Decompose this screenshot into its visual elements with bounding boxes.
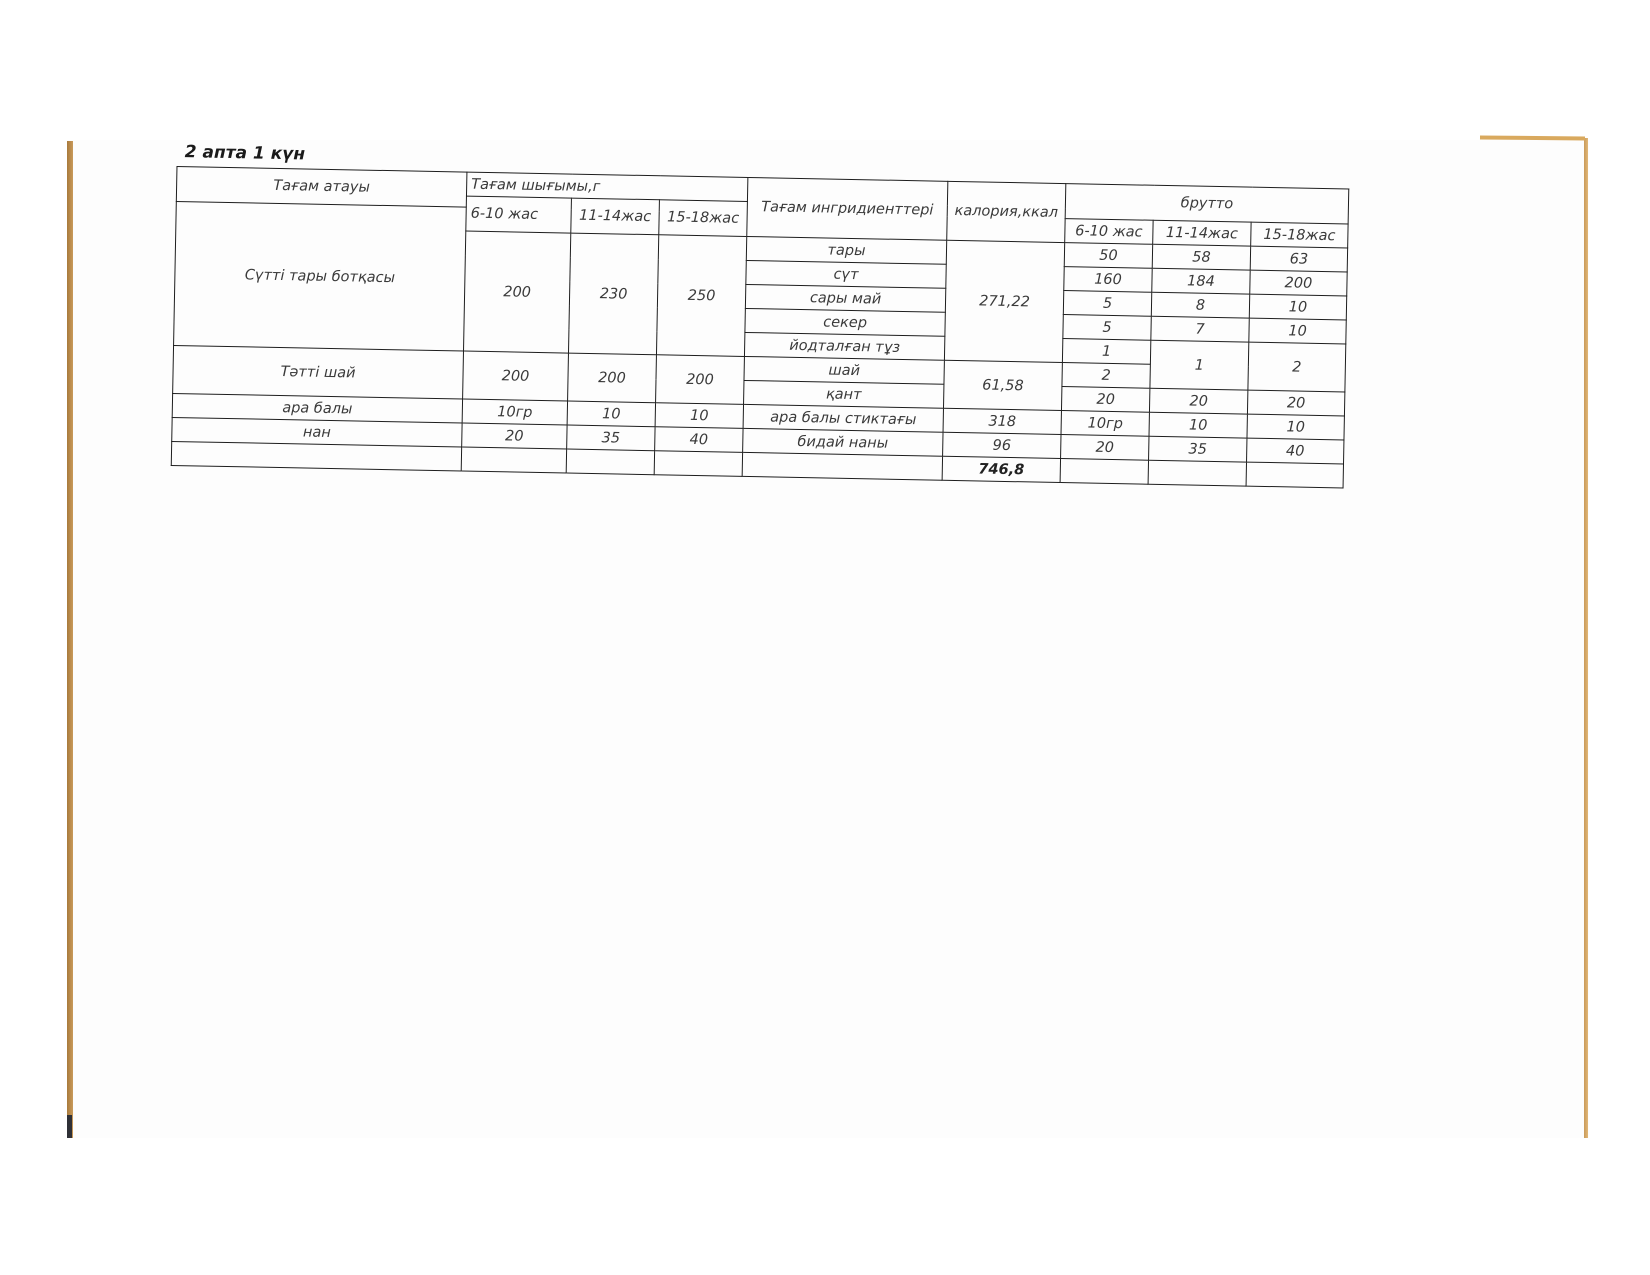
dish-output: 10гр xyxy=(462,399,567,425)
dish-output: 35 xyxy=(567,425,655,451)
dish-name: Сүтті тары ботқасы xyxy=(174,201,467,351)
brutto-value: 10 xyxy=(1247,414,1344,440)
brutto-value: 7 xyxy=(1151,316,1249,342)
empty-cell xyxy=(461,447,566,473)
brutto-value: 1 xyxy=(1062,339,1150,365)
calories-value: 271,22 xyxy=(944,240,1064,362)
dish-output: 200 xyxy=(463,351,569,401)
brutto-value: 10 xyxy=(1249,318,1346,344)
header-brutto: брутто xyxy=(1065,184,1349,224)
brutto-value: 160 xyxy=(1064,267,1152,293)
dish-output: 20 xyxy=(462,423,567,449)
brutto-age-6-10: 6-10 жас xyxy=(1065,219,1153,245)
brutto-value: 200 xyxy=(1250,270,1347,296)
empty-cell xyxy=(1148,460,1246,486)
dish-output: 40 xyxy=(655,427,743,453)
brutto-value: 20 xyxy=(1061,435,1149,461)
calories-value: 96 xyxy=(943,432,1061,458)
brutto-value: 10 xyxy=(1249,294,1346,320)
dish-output: 10 xyxy=(655,403,743,429)
page-title: 2 апта 1 күн xyxy=(185,142,306,164)
calories-value: 318 xyxy=(943,408,1061,434)
brutto-value: 5 xyxy=(1063,315,1151,341)
brutto-value: 63 xyxy=(1250,246,1347,272)
page-edge-right xyxy=(1584,138,1588,1138)
menu-document: 2 апта 1 күн Тағам атауы Тағам шығымы,г … xyxy=(169,140,1427,584)
brutto-value: 2 xyxy=(1248,342,1346,392)
dish-output: 250 xyxy=(656,235,746,357)
brutto-value: 5 xyxy=(1063,291,1151,317)
header-age-6-10: 6-10 жас xyxy=(466,196,572,233)
brutto-value: 2 xyxy=(1062,363,1150,389)
brutto-value: 8 xyxy=(1151,292,1249,318)
calories-value: 61,58 xyxy=(943,360,1062,410)
dish-name: Тәтті шай xyxy=(173,345,464,399)
brutto-value: 20 xyxy=(1149,388,1247,414)
empty-cell xyxy=(1246,462,1343,488)
brutto-value: 10гр xyxy=(1061,411,1149,437)
header-age-15-18: 15-18жас xyxy=(659,200,748,237)
dish-output: 10 xyxy=(567,401,655,427)
brutto-value: 35 xyxy=(1149,436,1247,462)
dish-output: 200 xyxy=(656,355,745,405)
brutto-age-15-18: 15-18жас xyxy=(1251,222,1348,248)
brutto-value: 10 xyxy=(1149,412,1247,438)
brutto-value: 184 xyxy=(1152,268,1250,294)
calories-total: 746,8 xyxy=(942,456,1060,482)
brutto-value: 20 xyxy=(1061,387,1149,413)
empty-cell xyxy=(1060,459,1148,485)
page-edge-shadow xyxy=(67,1115,72,1138)
dish-output: 230 xyxy=(568,233,658,355)
header-dish-name: Тағам атауы xyxy=(176,167,467,208)
brutto-value: 40 xyxy=(1247,438,1344,464)
dish-output: 200 xyxy=(568,353,657,403)
header-ingredients: Тағам ингридиенттері xyxy=(747,177,948,240)
menu-table: Тағам атауы Тағам шығымы,г Тағам ингриди… xyxy=(171,166,1350,488)
brutto-age-11-14: 11-14жас xyxy=(1153,220,1251,246)
empty-cell xyxy=(566,449,654,475)
empty-cell xyxy=(171,441,461,471)
brutto-value: 20 xyxy=(1247,390,1344,416)
header-calories: калория,ккал xyxy=(947,181,1066,242)
page-edge-left xyxy=(67,141,73,1138)
brutto-value: 58 xyxy=(1152,244,1250,270)
header-age-11-14: 11-14жас xyxy=(571,198,660,235)
brutto-value: 50 xyxy=(1064,243,1152,269)
empty-cell xyxy=(654,451,742,477)
dish-output: 200 xyxy=(464,231,571,353)
empty-cell xyxy=(742,452,942,480)
brutto-value: 1 xyxy=(1150,340,1249,390)
